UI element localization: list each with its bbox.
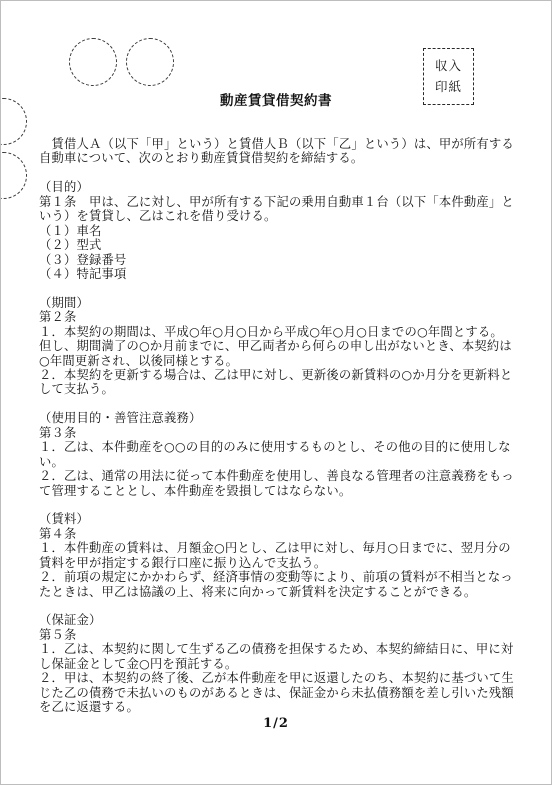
- body-line: （１）車名: [39, 224, 521, 238]
- body-line: [39, 281, 521, 295]
- body-line: し保証金として金○円を預託する。: [39, 657, 521, 671]
- body-line: [39, 397, 521, 411]
- body-line: 自動車について、次のとおり動産賃貸借契約を締結する。: [39, 151, 521, 165]
- body-line: たときは、甲乙は協議の上、将来に向かって新賃料を決定することができる。: [39, 585, 521, 599]
- body-line: 第５条: [39, 628, 521, 642]
- seal-placeholder-circle-1: [69, 38, 117, 86]
- body-line: １．本件動産の賃料は、月額金○円とし、乙は甲に対し、毎月○日までに、翌月分の: [39, 541, 521, 555]
- body-line: （２）型式: [39, 238, 521, 252]
- document-body: 賃借人Ａ（以下「甲」という）と賃借人Ｂ（以下「乙」という）は、甲が所有する自動車…: [39, 137, 521, 715]
- body-line: （３）登録番号: [39, 253, 521, 267]
- body-line: 賃料を甲が指定する銀行口座に振り込んで支払う。: [39, 556, 521, 570]
- body-line: 賃借人Ａ（以下「甲」という）と賃借人Ｂ（以下「乙」という）は、甲が所有する: [39, 137, 521, 151]
- body-line: 第１条 甲は、乙に対し、甲が所有する下記の乗用自動車１台（以下「本件動産」と: [39, 195, 521, 209]
- body-line: [39, 498, 521, 512]
- body-line: １．乙は、本契約に関して生ずる乙の債務を担保するため、本契約締結日に、甲に対: [39, 642, 521, 656]
- body-line: ２．本契約を更新する場合は、乙は甲に対し、更新後の新賃料の○か月分を更新料と: [39, 368, 521, 382]
- body-line: （４）特記事項: [39, 267, 521, 281]
- body-line: 第４条: [39, 527, 521, 541]
- body-line: して支払う。: [39, 382, 521, 396]
- body-line: １．本契約の期間は、平成○年○月○日から平成○年○月○日までの○年間とする。: [39, 325, 521, 339]
- binding-seal-placeholder-2: [0, 152, 27, 199]
- body-line: （使用目的・善管注意義務）: [39, 411, 521, 425]
- body-line: 第２条: [39, 310, 521, 324]
- body-line: （保証金）: [39, 613, 521, 627]
- body-line: ○年間更新され、以後同様とする。: [39, 354, 521, 368]
- body-line: い。: [39, 455, 521, 469]
- body-line: 但し、期間満了の○か月前までに、甲乙両者から何らの申し出がないとき、本契約は: [39, 339, 521, 353]
- body-line: （目的）: [39, 180, 521, 194]
- body-line: （賃料）: [39, 512, 521, 526]
- body-line: じた乙の債務で未払いのものがあるときは、保証金から未払債務額を差し引いた残額: [39, 686, 521, 700]
- body-line: を乙に返還する。: [39, 700, 521, 714]
- body-line: （期間）: [39, 296, 521, 310]
- seal-placeholder-circle-2: [126, 38, 174, 86]
- document-title: 動産賃貸借契約書: [1, 89, 551, 109]
- contract-document-page: 収入 印紙 動産賃貸借契約書 賃借人Ａ（以下「甲」という）と賃借人Ｂ（以下「乙」…: [0, 0, 552, 785]
- body-line: １．乙は、本件動産を○○の目的のみに使用するものとし、その他の目的に使用しな: [39, 440, 521, 454]
- body-line: ２．甲は、本契約の終了後、乙が本件動産を甲に返還したのち、本契約に基づいて生: [39, 671, 521, 685]
- body-line: [39, 599, 521, 613]
- body-line: ２．乙は、通常の用法に従って本件動産を使用し、善良なる管理者の注意義務をもっ: [39, 469, 521, 483]
- page-number: 1/2: [1, 716, 551, 731]
- body-line: 第３条: [39, 426, 521, 440]
- body-line: て管理することとし、本件動産を毀損してはならない。: [39, 484, 521, 498]
- revenue-stamp-text-line1: 収入: [435, 60, 462, 73]
- body-line: [39, 166, 521, 180]
- body-line: いう）を賃貸し、乙はこれを借り受ける。: [39, 209, 521, 223]
- body-line: ２．前項の規定にかかわらず、経済事情の変動等により、前項の賃料が不相当となっ: [39, 570, 521, 584]
